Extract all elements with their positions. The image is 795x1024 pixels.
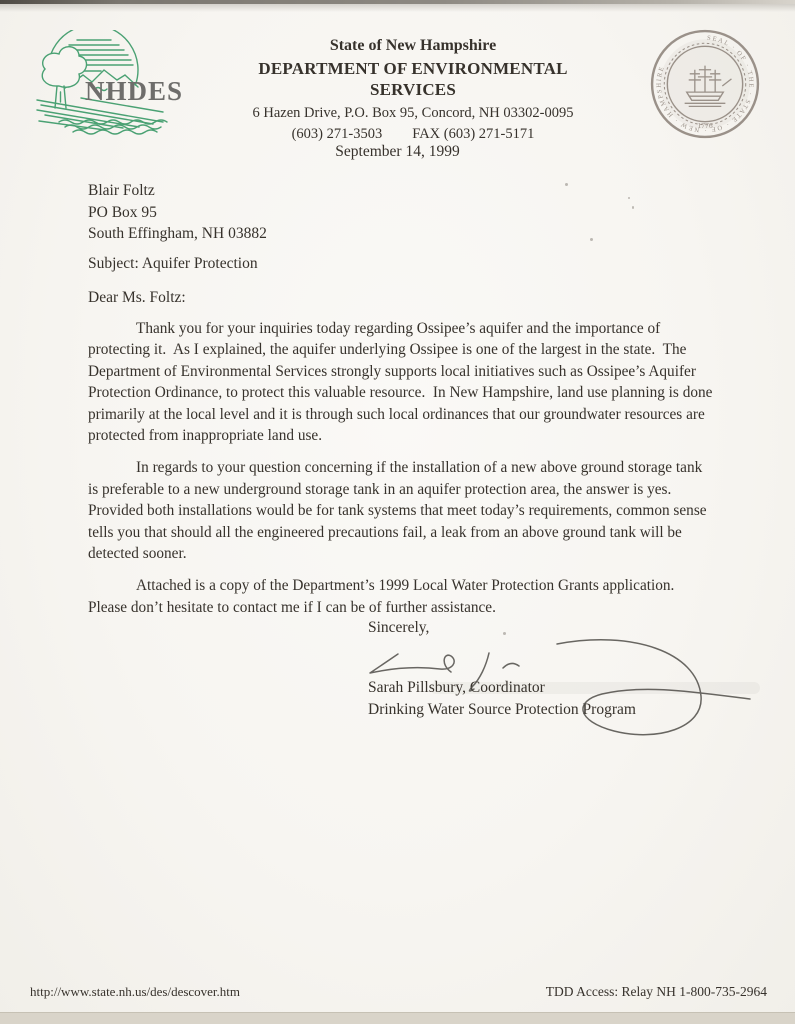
recipient-block: Blair Foltz PO Box 95 South Effingham, N… <box>88 180 267 245</box>
department-name: DEPARTMENT OF ENVIRONMENTAL SERVICES <box>228 58 598 101</box>
signature-scrawl-icon <box>352 628 762 746</box>
scan-speck <box>503 632 506 635</box>
state-name: State of New Hampshire <box>228 36 598 56</box>
scan-speck <box>632 206 634 209</box>
recipient-po-box: PO Box 95 <box>88 202 267 224</box>
address-line: 6 Hazen Drive, P.O. Box 95, Concord, NH … <box>228 104 598 122</box>
body-paragraph-2: In regards to your question concerning i… <box>88 457 716 564</box>
logo-acronym: NHDES <box>85 76 183 106</box>
letter-date: September 14, 1999 <box>0 143 795 161</box>
phone-number: (603) 271-3503 <box>292 126 383 142</box>
scan-speck <box>565 183 568 186</box>
footer-url: http://www.state.nh.us/des/descover.htm <box>30 984 240 1000</box>
salutation: Dear Ms. Foltz: <box>88 289 186 307</box>
seal-year: 1776 <box>697 121 712 130</box>
agency-header: State of New Hampshire DEPARTMENT OF ENV… <box>228 36 598 143</box>
body-paragraph-1: Thank you for your inquiries today regar… <box>88 318 716 446</box>
recipient-city-line: South Effingham, NH 03882 <box>88 223 267 245</box>
scan-top-shadow <box>0 4 795 12</box>
body-paragraph-3: Attached is a copy of the Department’s 1… <box>88 575 716 618</box>
letter-body: Thank you for your inquiries today regar… <box>88 318 716 629</box>
nhdes-logo: NHDES <box>35 30 213 136</box>
phone-line: (603) 271-3503FAX (603) 271-5171 <box>228 125 598 143</box>
scan-bottom-edge <box>0 1012 795 1024</box>
state-seal-icon: SEAL · OF · THE · STATE · OF · NEW · HAM… <box>648 27 762 141</box>
scan-speck <box>628 197 630 199</box>
subject-line: Subject: Aquifer Protection <box>88 255 258 273</box>
recipient-name: Blair Foltz <box>88 180 267 202</box>
scan-speck <box>590 238 593 241</box>
footer-tdd-access: TDD Access: Relay NH 1-800-735-2964 <box>546 984 767 1000</box>
fax-number: FAX (603) 271-5171 <box>412 126 534 142</box>
letter-page: NHDES State of New Hampshire DEPARTMENT … <box>0 0 795 1024</box>
